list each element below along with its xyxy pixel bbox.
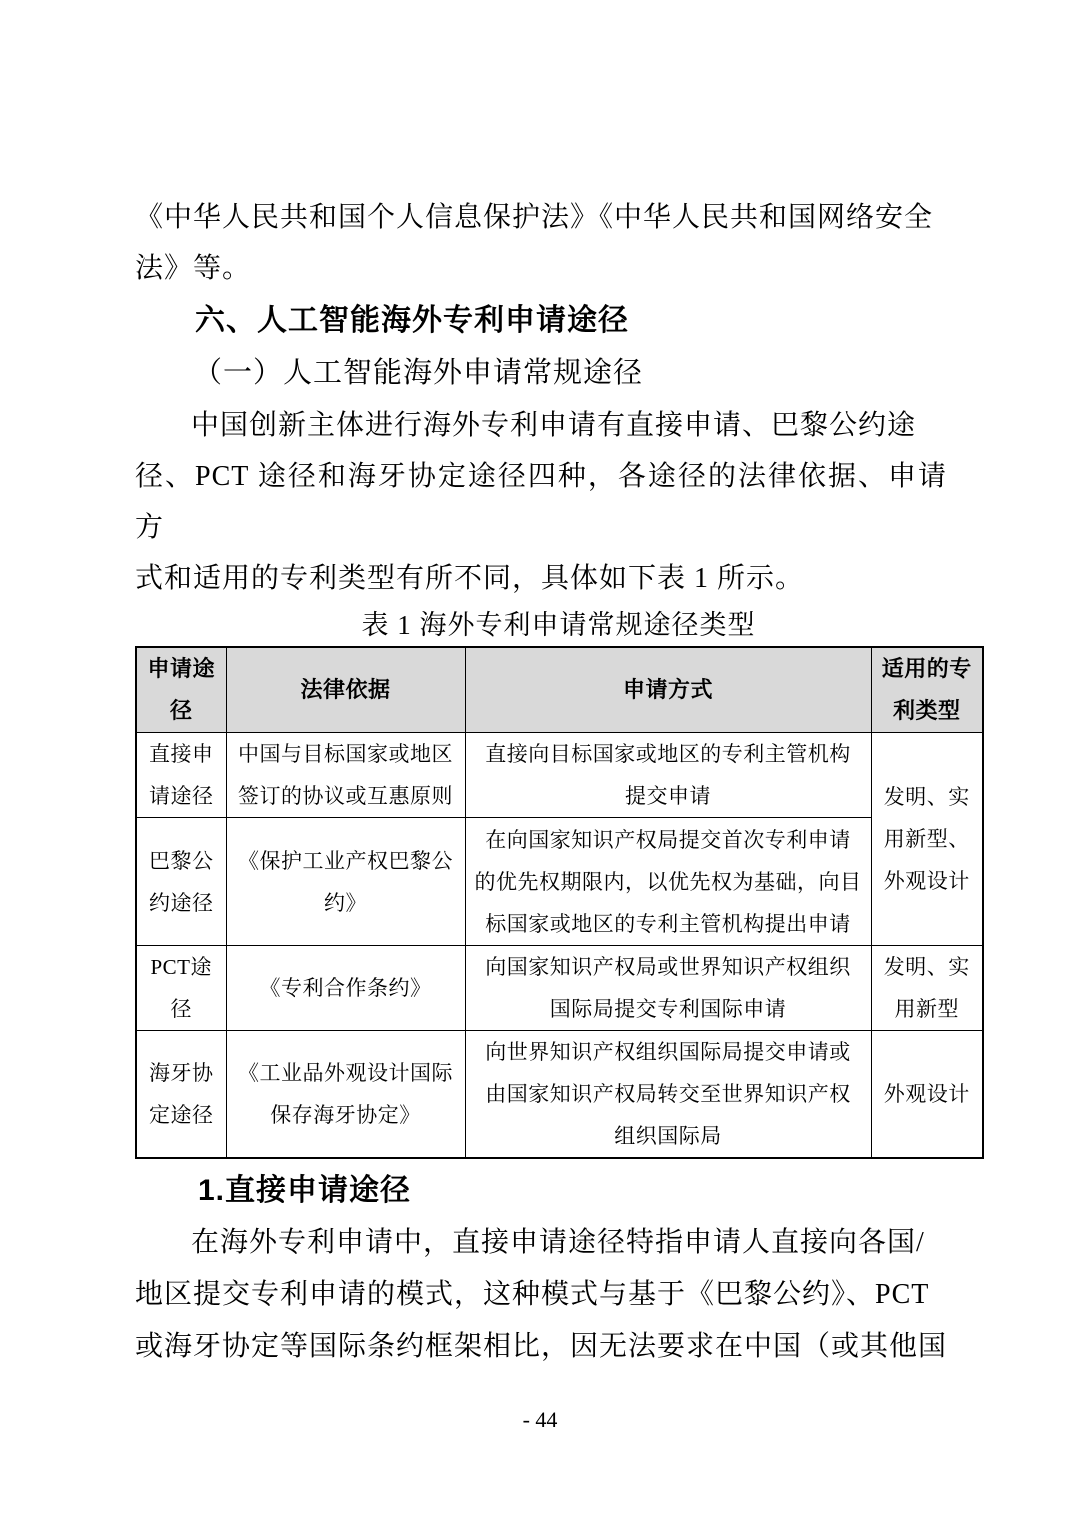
cell-route: PCT途 径 (136, 946, 226, 1031)
numbered-heading-direct-route: 1.直接申请途径 (135, 1165, 982, 1217)
cell-legal-basis: 《专利合作条约》 (226, 946, 465, 1031)
table-header-row: 申请途 径 法律依据 申请方式 适用的专 利类型 (136, 647, 983, 733)
cell-method: 向国家知识产权局或世界知识产权组织 国际局提交专利国际申请 (465, 946, 871, 1031)
cell-route: 海牙协 定途径 (136, 1031, 226, 1159)
column-header-legal-basis: 法律依据 (226, 647, 465, 733)
column-header-patent-types: 适用的专 利类型 (871, 647, 983, 733)
table-row-paris: 巴黎公 约途径 《保护工业产权巴黎公 约》 在向国家知识产权局提交首次专利申请 … (136, 818, 983, 946)
cell-method: 向世界知识产权组织国际局提交申请或 由国家知识产权局转交至世界知识产权 组织国际… (465, 1031, 871, 1159)
content-column: 《中华人民共和国个人信息保护法》《中华人民共和国网络安全 法》等。 六、人工智能… (0, 0, 1080, 1373)
cell-method: 在向国家知识产权局提交首次专利申请 的优先权期限内，以优先权为基础，向目 标国家… (465, 818, 871, 946)
table-row-direct: 直接申 请途径 中国与目标国家或地区 签订的协议或互惠原则 直接向目标国家或地区… (136, 733, 983, 818)
cell-route: 巴黎公 约途径 (136, 818, 226, 946)
cell-legal-basis: 《工业品外观设计国际 保存海牙协定》 (226, 1031, 465, 1159)
section-heading: 六、人工智能海外专利申请途径 (135, 294, 982, 347)
cell-route: 直接申 请途径 (136, 733, 226, 818)
page-number: - 44 (0, 1405, 1080, 1435)
cell-legal-basis: 《保护工业产权巴黎公 约》 (226, 818, 465, 946)
subsection-heading: （一）人工智能海外申请常规途径 (135, 347, 982, 400)
cell-method: 直接向目标国家或地区的专利主管机构 提交申请 (465, 733, 871, 818)
cell-legal-basis: 中国与目标国家或地区 签订的协议或互惠原则 (226, 733, 465, 818)
cell-patent-types: 发明、实 用新型 (871, 946, 983, 1031)
table-caption: 表 1 海外专利申请常规途径类型 (135, 604, 982, 646)
cell-patent-types: 外观设计 (871, 1031, 983, 1159)
table-row-pct: PCT途 径 《专利合作条约》 向国家知识产权局或世界知识产权组织 国际局提交专… (136, 946, 983, 1031)
document-page: 《中华人民共和国个人信息保护法》《中华人民共和国网络安全 法》等。 六、人工智能… (0, 0, 1080, 1527)
cell-patent-types-merged: 发明、实 用新型、 外观设计 (871, 733, 983, 946)
column-header-method: 申请方式 (465, 647, 871, 733)
direct-route-paragraph: 在海外专利申请中，直接申请途径特指申请人直接向各国/ 地区提交专利申请的模式，这… (135, 1217, 947, 1373)
table-row-hague: 海牙协 定途径 《工业品外观设计国际 保存海牙协定》 向世界知识产权组织国际局提… (136, 1031, 983, 1159)
patent-routes-table: 申请途 径 法律依据 申请方式 适用的专 利类型 直接申 请途径 中国与目标国家… (135, 646, 984, 1159)
column-header-route: 申请途 径 (136, 647, 226, 733)
intro-paragraph: 中国创新主体进行海外专利申请有直接申请、巴黎公约途 径、PCT 途径和海牙协定途… (135, 400, 947, 604)
leading-paragraph: 《中华人民共和国个人信息保护法》《中华人民共和国网络安全 法》等。 (135, 192, 947, 294)
